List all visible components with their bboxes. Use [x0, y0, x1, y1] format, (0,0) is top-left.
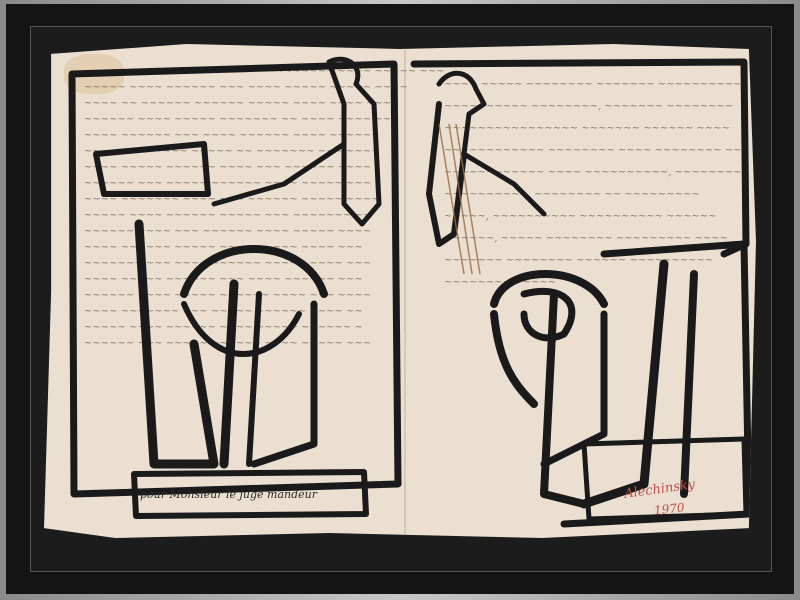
caption-strip-text: pour Monsieur le juge mandeur — [140, 488, 317, 501]
ink-drawing — [44, 44, 756, 538]
picture-frame: ~~~~ ~~~~~ ~~~~ ~~~~ ~~~ ~~~~~~~~ ~~~~ ~… — [0, 0, 800, 600]
manuscript-paper: ~~~~ ~~~~~ ~~~~ ~~~~ ~~~ ~~~~~~~~ ~~~~ ~… — [44, 44, 756, 538]
